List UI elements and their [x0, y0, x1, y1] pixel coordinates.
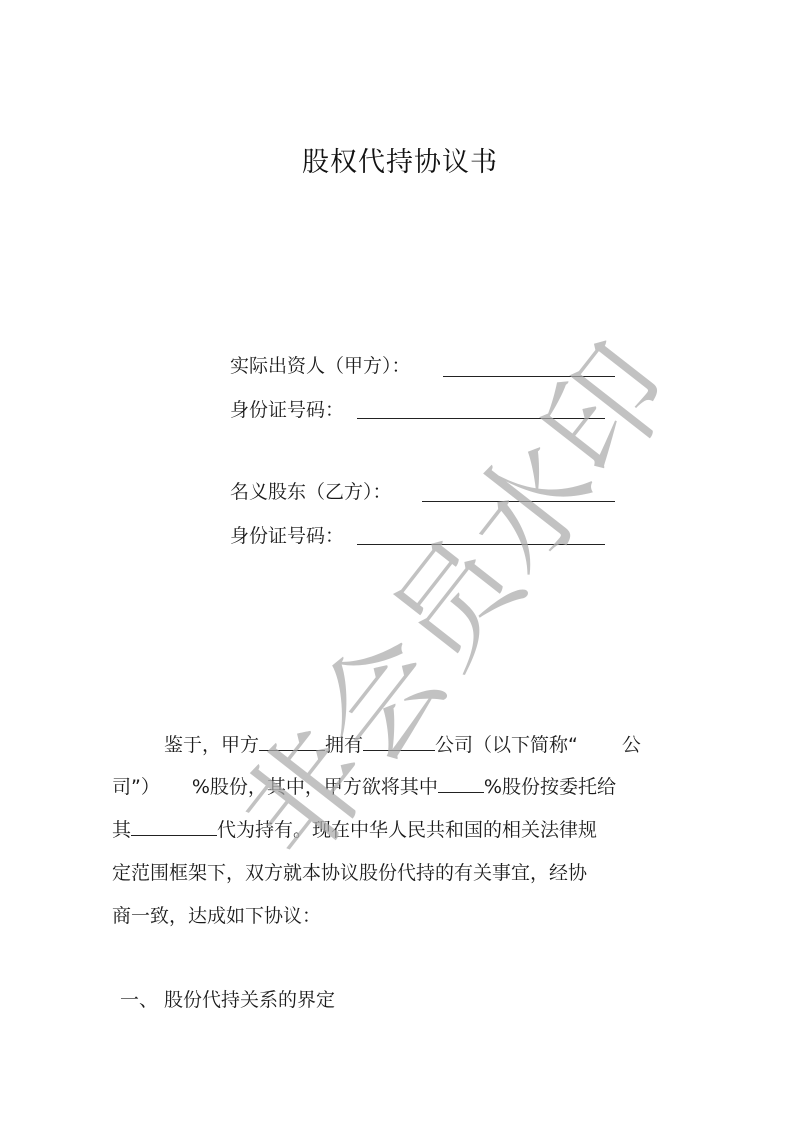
- preamble-text: 公司（以下简称“: [435, 734, 578, 756]
- preamble-text: %股份，其中，甲方欲将其中: [192, 776, 438, 798]
- party-a-name-field[interactable]: [443, 376, 615, 377]
- party-a-id-label: 身份证号码：: [230, 399, 344, 421]
- party-a-id-field[interactable]: [357, 418, 605, 419]
- party-a-blank[interactable]: [259, 730, 325, 751]
- preamble-text: 其: [112, 819, 131, 841]
- entrusted-percent-blank[interactable]: [438, 772, 484, 793]
- party-a-id-row: 身份证号码：: [230, 396, 344, 424]
- party-a-row: 实际出资人（甲方）：: [230, 352, 411, 380]
- party-b-row: 名义股东（乙方）：: [230, 478, 392, 506]
- preamble-line-5: 商一致，达成如下协议：: [112, 901, 321, 931]
- party-b-name-field[interactable]: [422, 501, 615, 502]
- preamble-text: 鉴于，甲方: [164, 734, 259, 756]
- preamble-text: 公: [622, 734, 641, 756]
- party-b-id-field[interactable]: [357, 544, 605, 545]
- party-a-label: 实际出资人（甲方）：: [230, 355, 411, 377]
- document-page: 股权代持协议书 实际出资人（甲方）： 身份证号码： 名义股东（乙方）： 身份证号…: [0, 0, 800, 1131]
- nominee-blank[interactable]: [131, 815, 217, 836]
- party-b-label: 名义股东（乙方）：: [230, 481, 392, 503]
- preamble-text: %股份按委托给: [484, 776, 616, 798]
- party-b-id-label: 身份证号码：: [230, 525, 344, 547]
- preamble-line-4: 定范围框架下，双方就本协议股份代持的有关事宜，经协: [112, 858, 587, 888]
- preamble-text: 代为持有。现在中华人民共和国的相关法律规: [217, 819, 597, 841]
- preamble-line-2: 司”）%股份，其中，甲方欲将其中%股份按委托给: [112, 772, 616, 802]
- preamble-line-3: 其代为持有。现在中华人民共和国的相关法律规: [112, 815, 597, 845]
- preamble-text: 商一致，达成如下协议：: [112, 905, 321, 927]
- party-b-id-row: 身份证号码：: [230, 522, 344, 550]
- document-title: 股权代持协议书: [0, 140, 800, 179]
- preamble-text: 拥有: [325, 734, 363, 756]
- company-name-blank[interactable]: [363, 730, 435, 751]
- section-1-heading: 一、 股份代持关系的界定: [120, 985, 335, 1012]
- preamble-text: 定范围框架下，双方就本协议股份代持的有关事宜，经协: [112, 862, 587, 884]
- preamble-text: 司”）: [112, 776, 160, 798]
- preamble-line-1: 鉴于，甲方拥有公司（以下简称“公: [164, 730, 641, 760]
